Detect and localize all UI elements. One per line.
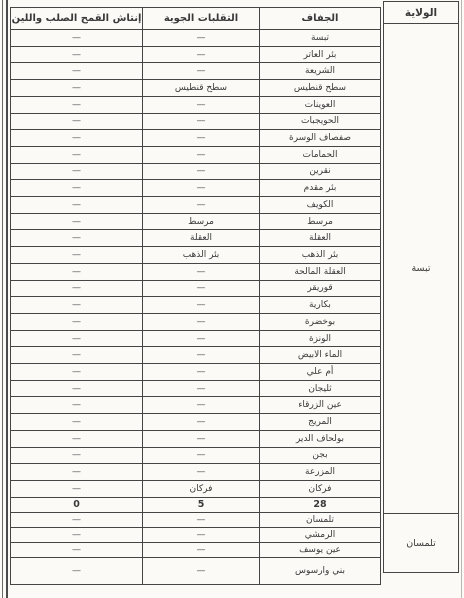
germination-value-cell: — [11,197,142,213]
table-row: عين يوسف—— [11,543,380,558]
commune-name-cell: نقرين [259,164,380,180]
commune-name-cell: عين يوسف [259,543,380,557]
weather-value-cell: — [142,431,259,447]
table-row: بولحاف الدير—— [11,431,380,448]
table-row: الونزة—— [11,331,380,348]
communes-table: الجفاف التقلبات الجوية إنتاش القمح الصلب… [10,7,381,585]
table-row: تبسة—— [11,30,380,47]
weather-value-cell: — [142,347,259,363]
table-row: العوينات—— [11,97,380,114]
germination-value-cell: — [11,80,142,96]
table-row: الكويف—— [11,197,380,214]
page-edge-line-inner [6,0,8,598]
table-row: مرسطمرسط— [11,214,380,231]
table-row: عين الزرقاء—— [11,397,380,414]
commune-name-cell: قوريقر [259,281,380,297]
commune-name-cell: صفصاف الوسرة [259,130,380,146]
commune-name-cell: العوينات [259,97,380,113]
weather-value-cell: مرسط [142,214,259,230]
table-row: المريج—— [11,414,380,431]
germination-value-cell: — [11,97,142,113]
commune-name-cell: بجن [259,448,380,464]
commune-name-cell: المريج [259,414,380,430]
commune-name-cell: ثليجان [259,381,380,397]
commune-name-cell: الماء الابيض [259,347,380,363]
germination-value-cell: — [11,397,142,413]
table-row: المزرعة—— [11,464,380,481]
weather-value-cell: — [142,281,259,297]
germination-value-cell: — [11,247,142,263]
table-row: بئر مقدم—— [11,180,380,197]
germination-value-cell: — [11,364,142,380]
germination-value-cell: — [11,347,142,363]
commune-name-cell: العقلة المالحة [259,264,380,280]
table-row: الشريعة—— [11,63,380,80]
germination-value-cell: — [11,448,142,464]
germination-value-cell: — [11,543,142,557]
germination-value-cell: — [11,314,142,330]
commune-name-cell: الكويف [259,197,380,213]
weather-value-cell: — [142,97,259,113]
table-row: قوريقر—— [11,281,380,298]
germination-value-cell: — [11,63,142,79]
germination-value-cell: — [11,481,142,497]
commune-name-cell: الحويجبات [259,114,380,130]
weather-value-cell: — [142,114,259,130]
weather-fluctuations-column-header: التقلبات الجوية [142,8,259,29]
commune-name-cell: الحمامات [259,147,380,163]
table-row: الحويجبات—— [11,114,380,131]
table-row: العقلة المالحة—— [11,264,380,281]
table-row: بكارية—— [11,297,380,314]
table-row: فركانفركان— [11,481,380,498]
commune-name-cell: المزرعة [259,464,380,480]
commune-name-cell: تلمسان [259,513,380,527]
table-row: بوخضرة—— [11,314,380,331]
weather-value-cell: العقلة [142,230,259,246]
wheat-germination-column-header: إنتاش القمح الصلب واللين [11,8,142,29]
commune-name-cell: سطح قنطيس [259,80,380,96]
table-row: الماء الابيض—— [11,347,380,364]
table-row: الرمشي—— [11,528,380,543]
germination-value-cell: — [11,281,142,297]
germination-value-cell: — [11,214,142,230]
table-row: بني وارسوس—— [11,558,380,584]
commune-name-cell: بئر مقدم [259,180,380,196]
table-row: نقرين—— [11,164,380,181]
commune-name-cell: عين الزرقاء [259,397,380,413]
commune-name-cell: مرسط [259,214,380,230]
germination-value-cell: — [11,130,142,146]
weather-value-cell: — [142,364,259,380]
weather-value-cell: فركان [142,481,259,497]
commune-name-cell: تبسة [259,30,380,46]
germination-value-cell: — [11,414,142,430]
commune-name-cell: بولحاف الدير [259,431,380,447]
table-row: العقلةالعقلة— [11,230,380,247]
table-row: تلمسان—— [11,513,380,528]
weather-value-cell: — [142,30,259,46]
commune-name-cell: العقلة [259,230,380,246]
table-row: بئر الذهببئر الذهب— [11,247,380,264]
commune-name-cell: بكارية [259,297,380,313]
germination-value-cell: — [11,230,142,246]
table-row: أم علي—— [11,364,380,381]
germination-total-cell: 0 [11,498,142,512]
table-row: سطح قنطيسسطح قنطيس— [11,80,380,97]
drought-total-cell: 28 [259,498,380,512]
commune-name-cell: الرمشي [259,528,380,542]
weather-value-cell: — [142,381,259,397]
commune-name-cell: بئر العاتر [259,47,380,63]
weather-value-cell: — [142,314,259,330]
weather-value-cell: — [142,180,259,196]
commune-name-cell: بئر الذهب [259,247,380,263]
germination-value-cell: — [11,464,142,480]
weather-value-cell: — [142,464,259,480]
weather-total-cell: 5 [142,498,259,512]
weather-value-cell: — [142,397,259,413]
germination-value-cell: — [11,180,142,196]
weather-value-cell: — [142,528,259,542]
commune-name-cell: فركان [259,481,380,497]
wilaya-column: الولاية تبسة تلمسان [383,1,459,573]
germination-value-cell: — [11,528,142,542]
weather-value-cell: سطح قنطيس [142,80,259,96]
weather-value-cell: — [142,543,259,557]
commune-name-cell: أم علي [259,364,380,380]
weather-value-cell: — [142,331,259,347]
wilaya-cell-tebessa: تبسة [384,24,458,514]
totals-row: 2850 [11,498,380,513]
scanned-document-page: { "document": { "background": "#fbfaf7",… [0,0,464,598]
commune-name-cell: بني وارسوس [259,558,380,584]
wilaya-cell-tlemcen: تلمسان [384,514,458,572]
germination-value-cell: — [11,264,142,280]
germination-value-cell: — [11,114,142,130]
weather-value-cell: — [142,448,259,464]
germination-value-cell: — [11,381,142,397]
germination-value-cell: — [11,164,142,180]
table-row: ثليجان—— [11,381,380,398]
wilaya-column-header: الولاية [384,2,458,24]
drought-column-header: الجفاف [259,8,380,29]
weather-value-cell: بئر الذهب [142,247,259,263]
page-edge-line-right [461,0,462,598]
page-edge-line-outer [2,0,3,598]
commune-name-cell: الونزة [259,331,380,347]
weather-value-cell: — [142,130,259,146]
germination-value-cell: — [11,331,142,347]
weather-value-cell: — [142,164,259,180]
table-row: بجن—— [11,448,380,465]
commune-name-cell: بوخضرة [259,314,380,330]
weather-value-cell: — [142,414,259,430]
germination-value-cell: — [11,297,142,313]
table-header-row: الجفاف التقلبات الجوية إنتاش القمح الصلب… [11,8,380,30]
table-row: بئر العاتر—— [11,47,380,64]
weather-value-cell: — [142,297,259,313]
weather-value-cell: — [142,264,259,280]
table-row: صفصاف الوسرة—— [11,130,380,147]
weather-value-cell: — [142,197,259,213]
germination-value-cell: — [11,513,142,527]
germination-value-cell: — [11,47,142,63]
weather-value-cell: — [142,147,259,163]
commune-name-cell: الشريعة [259,63,380,79]
germination-value-cell: — [11,558,142,584]
germination-value-cell: — [11,431,142,447]
table-row: الحمامات—— [11,147,380,164]
germination-value-cell: — [11,30,142,46]
weather-value-cell: — [142,63,259,79]
germination-value-cell: — [11,147,142,163]
weather-value-cell: — [142,513,259,527]
weather-value-cell: — [142,558,259,584]
weather-value-cell: — [142,47,259,63]
